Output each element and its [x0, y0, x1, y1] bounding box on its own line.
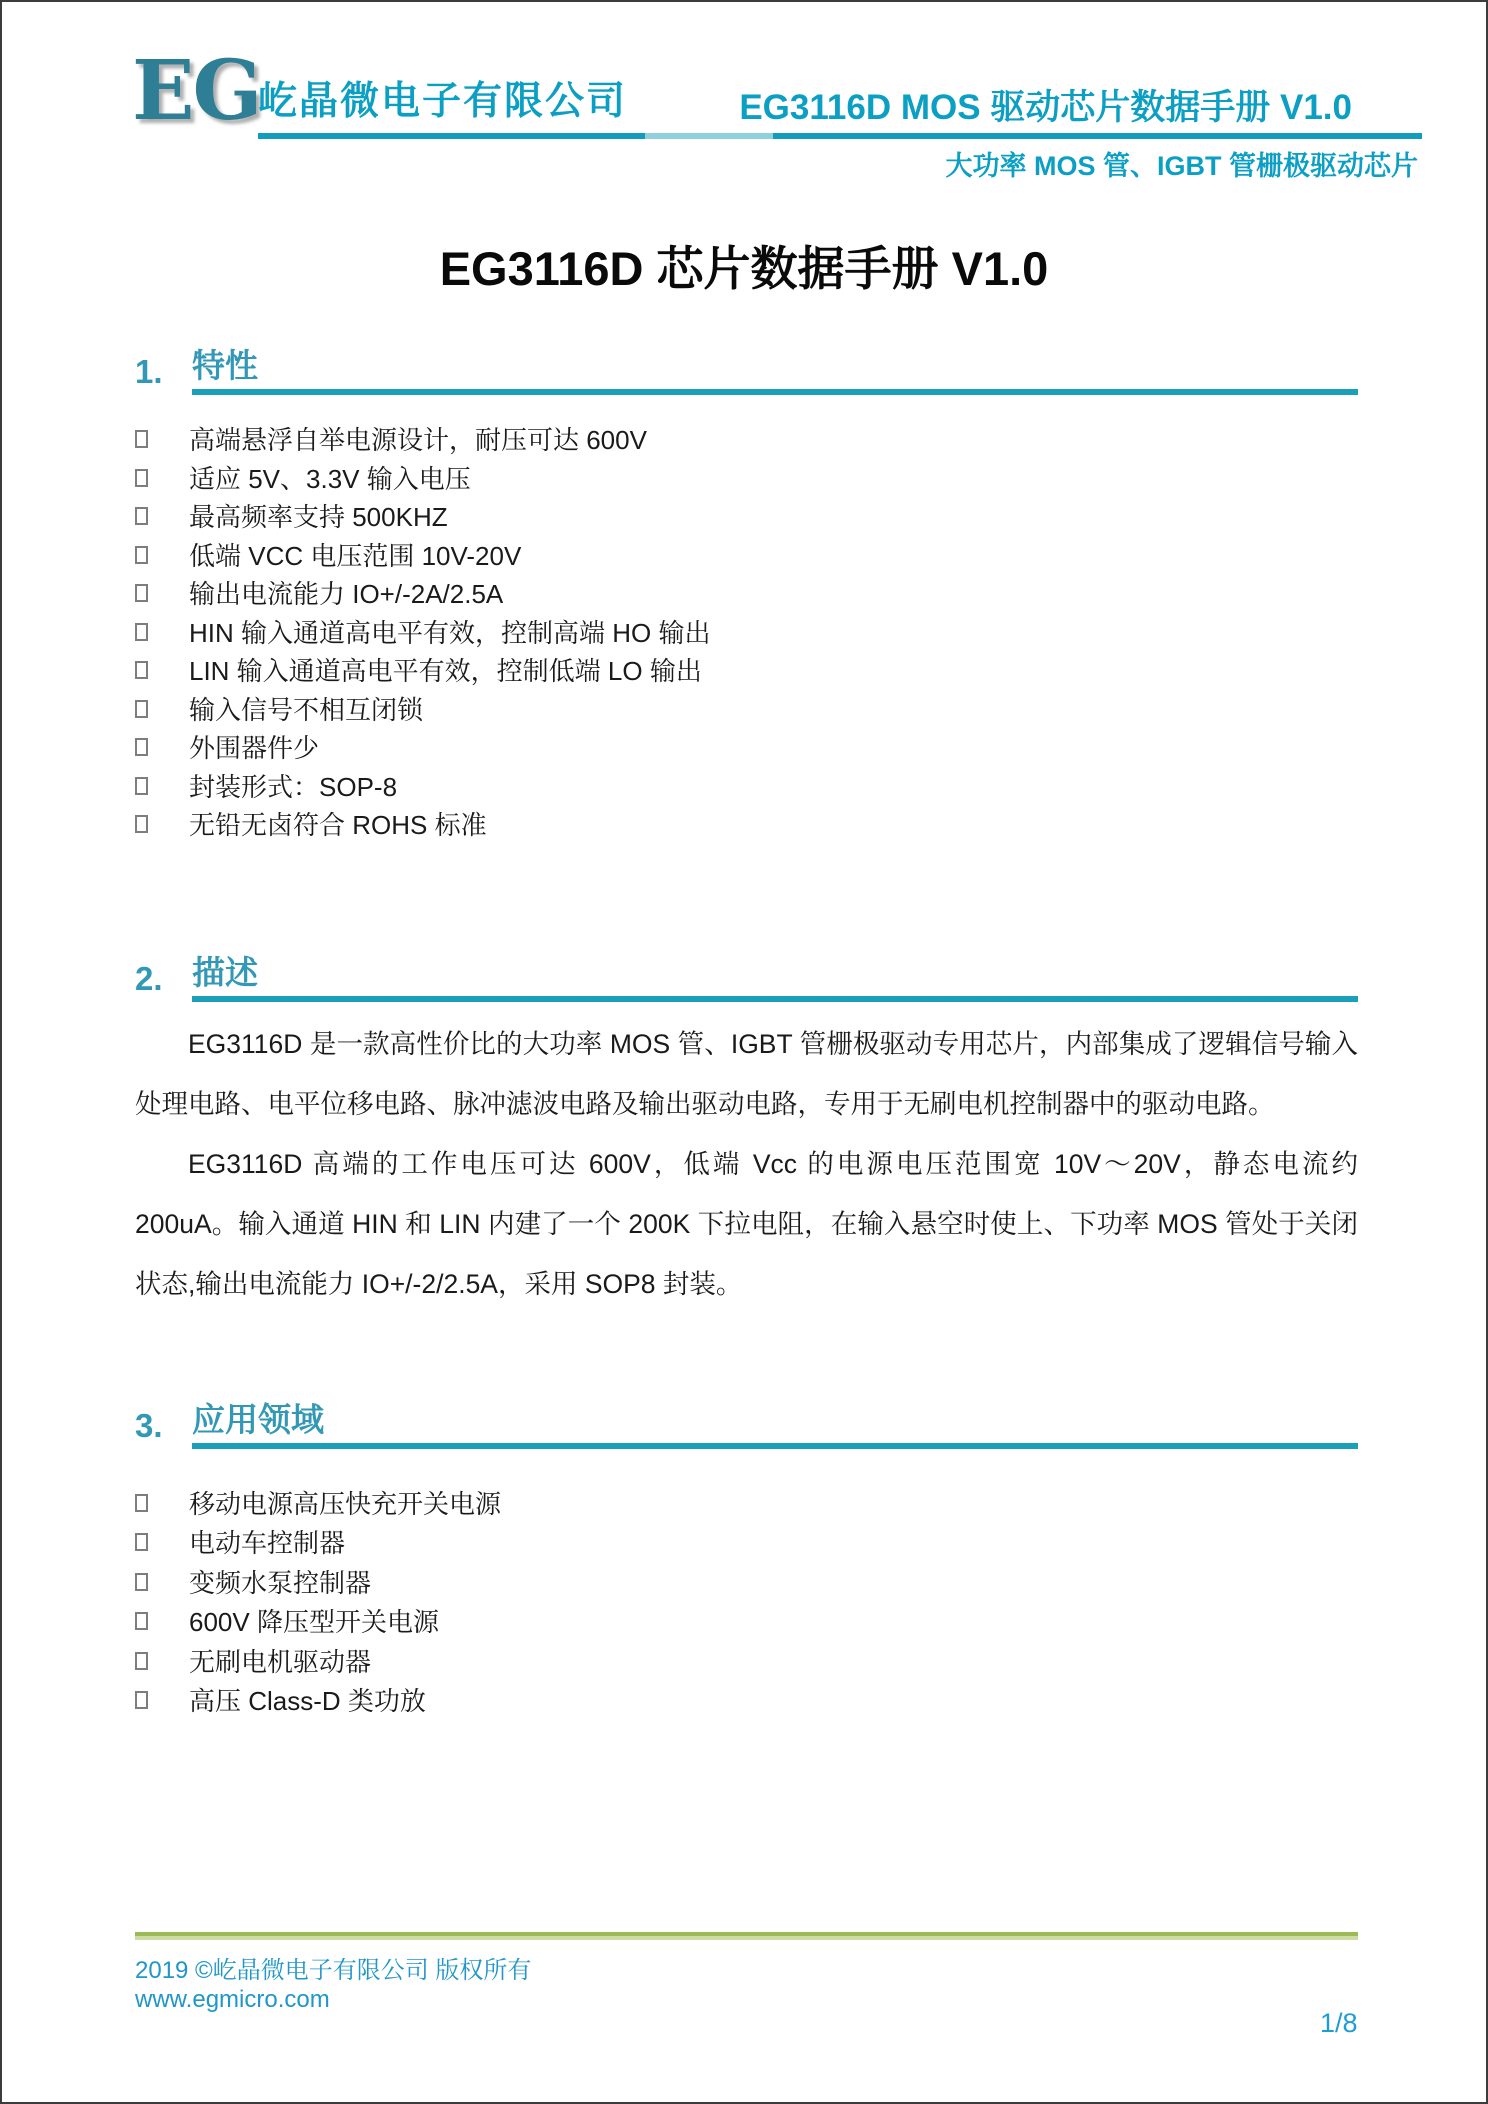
square-bullet-icon	[135, 1494, 148, 1512]
list-item: 低端 VCC 电压范围 10V-20V	[135, 537, 1358, 576]
square-bullet-icon	[135, 777, 148, 795]
square-bullet-icon	[135, 430, 148, 448]
footer-copyright: 2019 ©屹晶微电子有限公司 版权所有	[135, 1950, 531, 1985]
list-item-text: 高压 Class-D 类功放	[189, 1682, 426, 1722]
square-bullet-icon	[135, 1533, 148, 1551]
company-logo: EG	[132, 50, 261, 132]
header-title: EG3116D MOS 驱动芯片数据手册 V1.0	[739, 80, 1352, 130]
square-bullet-icon	[135, 738, 148, 756]
header-rule	[258, 133, 1422, 139]
section-number: 1.	[135, 353, 192, 395]
company-name: 屹晶微电子有限公司	[258, 70, 627, 126]
list-item: 封装形式：SOP-8	[135, 768, 1358, 807]
list-item: 适应 5V、3.3V 输入电压	[135, 460, 1358, 499]
list-item-text: 600V 降压型开关电源	[189, 1603, 439, 1643]
list-item: 最高频率支持 500KHZ	[135, 498, 1358, 537]
list-item: 变频水泵控制器	[135, 1564, 1358, 1604]
list-item-text: 输出电流能力 IO+/-2A/2.5A	[189, 575, 503, 614]
list-item: HIN 输入通道高电平有效，控制高端 HO 输出	[135, 614, 1358, 653]
list-item-text: 移动电源高压快充开关电源	[189, 1485, 501, 1525]
square-bullet-icon	[135, 1573, 148, 1591]
document-title: EG3116D 芯片数据手册 V1.0	[2, 232, 1486, 299]
section-number: 2.	[135, 960, 192, 1002]
square-bullet-icon	[135, 1652, 148, 1670]
footer-website-link[interactable]: www.egmicro.com	[135, 1986, 330, 2014]
description-paragraphs: EG3116D 是一款高性价比的大功率 MOS 管、IGBT 管栅极驱动专用芯片…	[135, 1014, 1358, 1314]
list-item: 无铅无卤符合 ROHS 标准	[135, 806, 1358, 845]
list-item: 无刷电机驱动器	[135, 1643, 1358, 1683]
square-bullet-icon	[135, 700, 148, 718]
list-item-text: 低端 VCC 电压范围 10V-20V	[189, 537, 521, 576]
features-list: 高端悬浮自举电源设计，耐压可达 600V 适应 5V、3.3V 输入电压 最高频…	[135, 421, 1358, 845]
paragraph: EG3116D 高端的工作电压可达 600V，低端 Vcc 的电源电压范围宽 1…	[135, 1134, 1358, 1314]
list-item-text: 封装形式：SOP-8	[189, 768, 397, 807]
section-rule: 应用领域	[192, 1394, 1358, 1449]
header-subtitle: 大功率 MOS 管、IGBT 管栅极驱动芯片	[946, 144, 1419, 183]
list-item-text: 最高频率支持 500KHZ	[189, 498, 448, 537]
section-title: 描述	[192, 954, 258, 991]
square-bullet-icon	[135, 661, 148, 679]
page-number: 1/8	[1320, 2008, 1358, 2039]
list-item: 输出电流能力 IO+/-2A/2.5A	[135, 575, 1358, 614]
list-item: 600V 降压型开关电源	[135, 1603, 1358, 1643]
square-bullet-icon	[135, 1691, 148, 1709]
header-rule-highlight	[645, 133, 773, 139]
list-item: 电动车控制器	[135, 1524, 1358, 1564]
section-rule: 描述	[192, 947, 1358, 1002]
list-item: 输入信号不相互闭锁	[135, 691, 1358, 730]
square-bullet-icon	[135, 623, 148, 641]
paragraph: EG3116D 是一款高性价比的大功率 MOS 管、IGBT 管栅极驱动专用芯片…	[135, 1014, 1358, 1134]
list-item-text: 电动车控制器	[189, 1524, 345, 1564]
square-bullet-icon	[135, 815, 148, 833]
list-item: LIN 输入通道高电平有效，控制低端 LO 输出	[135, 652, 1358, 691]
list-item-text: HIN 输入通道高电平有效，控制高端 HO 输出	[189, 614, 710, 653]
footer-divider-bar	[135, 1932, 1358, 1940]
list-item: 移动电源高压快充开关电源	[135, 1485, 1358, 1525]
square-bullet-icon	[135, 507, 148, 525]
section-heading-description: 2. 描述	[135, 947, 1358, 1002]
page-content: 1. 特性 高端悬浮自举电源设计，耐压可达 600V 适应 5V、3.3V 输入…	[135, 340, 1358, 1722]
list-item: 外围器件少	[135, 729, 1358, 768]
square-bullet-icon	[135, 546, 148, 564]
applications-list: 移动电源高压快充开关电源 电动车控制器 变频水泵控制器 600V 降压型开关电源…	[135, 1485, 1358, 1722]
list-item-text: 高端悬浮自举电源设计，耐压可达 600V	[189, 421, 647, 460]
section-number: 3.	[135, 1407, 192, 1449]
section-title: 特性	[192, 347, 258, 384]
square-bullet-icon	[135, 469, 148, 487]
list-item-text: 无铅无卤符合 ROHS 标准	[189, 806, 487, 845]
list-item-text: 输入信号不相互闭锁	[189, 691, 423, 730]
section-rule: 特性	[192, 340, 1358, 395]
square-bullet-icon	[135, 1612, 148, 1630]
list-item-text: 无刷电机驱动器	[189, 1643, 371, 1683]
list-item: 高压 Class-D 类功放	[135, 1682, 1358, 1722]
list-item-text: 适应 5V、3.3V 输入电压	[189, 460, 471, 499]
section-title: 应用领域	[192, 1401, 324, 1438]
list-item-text: 变频水泵控制器	[189, 1564, 371, 1604]
list-item: 高端悬浮自举电源设计，耐压可达 600V	[135, 421, 1358, 460]
section-heading-applications: 3. 应用领域	[135, 1394, 1358, 1449]
list-item-text: LIN 输入通道高电平有效，控制低端 LO 输出	[189, 652, 702, 691]
list-item-text: 外围器件少	[189, 729, 319, 768]
section-heading-features: 1. 特性	[135, 340, 1358, 395]
datasheet-page: EG 屹晶微电子有限公司 EG3116D MOS 驱动芯片数据手册 V1.0 大…	[0, 0, 1488, 2104]
square-bullet-icon	[135, 584, 148, 602]
